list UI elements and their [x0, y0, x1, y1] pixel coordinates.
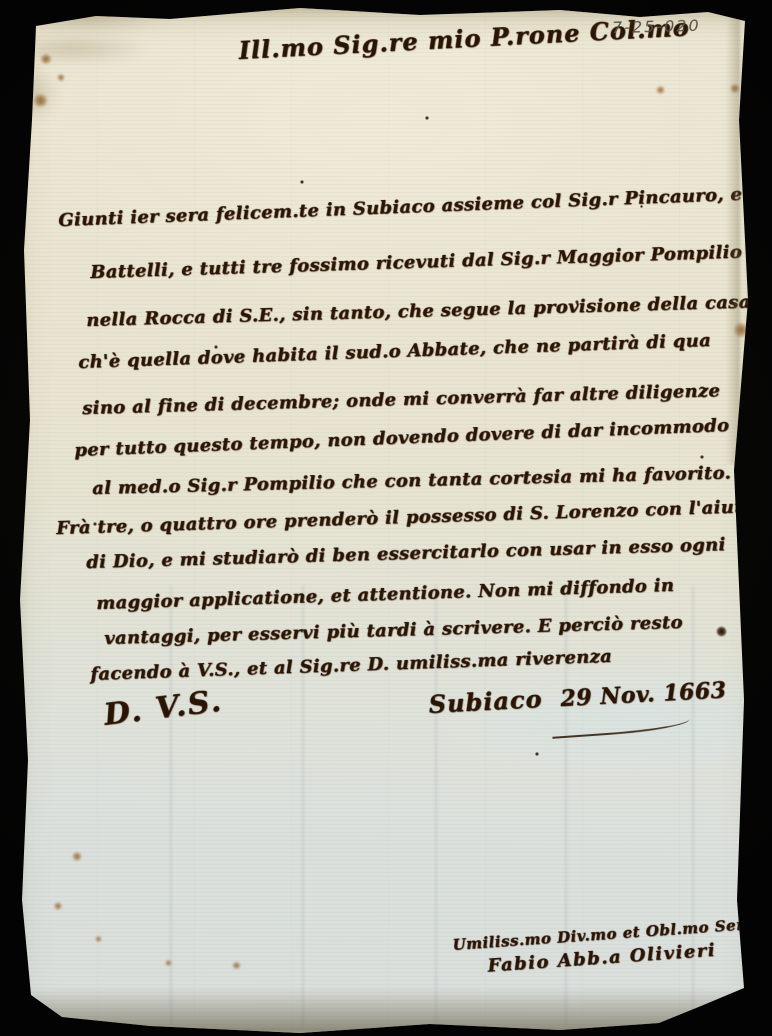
right-fold-shadow [726, 14, 740, 464]
bottom-fold-shadow [30, 988, 742, 1032]
paper-edge-shading [0, 0, 772, 1036]
photograph-of-letter: Ill.mo Sig.re mio P.rone Col.mo Giunti i… [0, 0, 772, 1036]
pencil-catalog-number: 7-25-020 [612, 16, 701, 37]
manuscript-paper-sheet: Ill.mo Sig.re mio P.rone Col.mo Giunti i… [0, 0, 772, 1036]
